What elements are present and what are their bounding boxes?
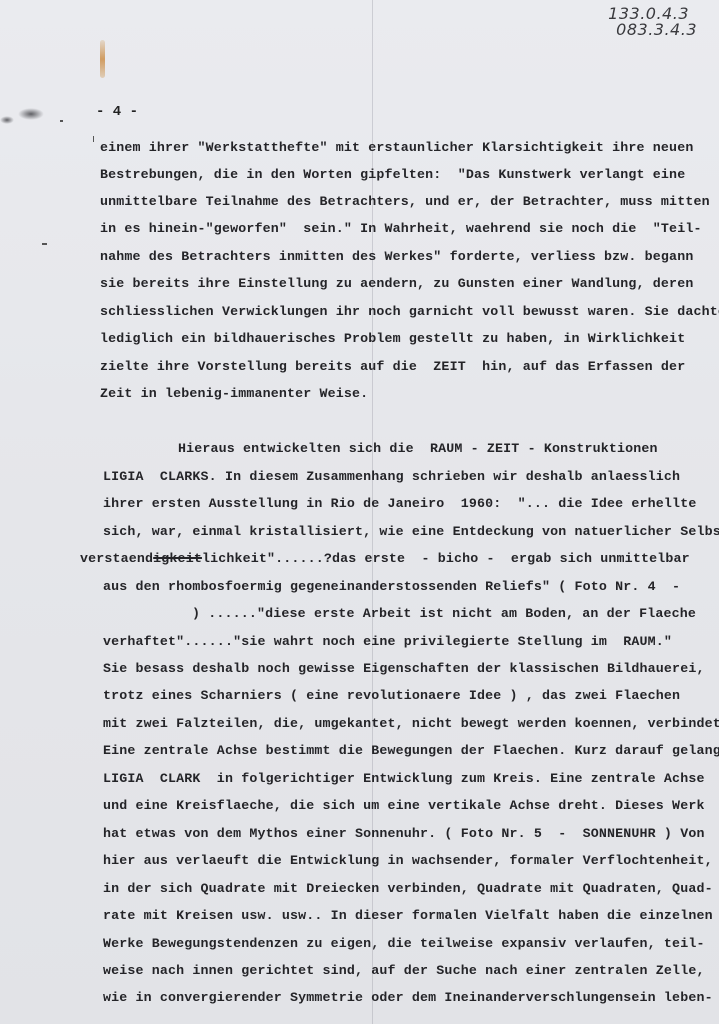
text-line: sie bereits ihre Einstellung zu aendern,…: [100, 276, 693, 291]
text-line: zielte ihre Vorstellung bereits auf die …: [100, 359, 685, 374]
text-line: hat etwas von dem Mythos einer Sonnenuhr…: [103, 826, 705, 841]
text-segment: lichkeit"......?das erste - bicho - erga…: [202, 551, 690, 566]
text-line: ihrer ersten Ausstellung in Rio de Janei…: [103, 496, 696, 511]
text-line: und eine Kreisflaeche, die sich um eine …: [103, 798, 705, 813]
text-line: sich, war, einmal kristallisiert, wie ei…: [103, 524, 719, 539]
speck: [60, 120, 63, 122]
text-line: aus den rhombosfoermig gegeneinanderstos…: [103, 579, 680, 594]
text-line: Eine zentrale Achse bestimmt die Bewegun…: [103, 743, 719, 758]
text-line: LIGIA CLARK in folgerichtiger Entwicklun…: [103, 771, 705, 786]
text-line: Zeit in lebenig-immanenter Weise.: [100, 386, 368, 401]
rust-stain: [100, 40, 105, 78]
document-page: 133.0.4.3 083.3.4.3 - 4 - einem ihrer "W…: [0, 0, 719, 1024]
page-number: - 4 -: [96, 104, 138, 120]
text-line: ) ......"diese erste Arbeit ist nicht am…: [192, 606, 696, 621]
ink-smudge: [18, 108, 44, 120]
text-line: schliesslichen Verwicklungen ihr noch ga…: [100, 304, 719, 319]
text-line: Bestrebungen, die in den Worten gipfelte…: [100, 167, 685, 182]
text-line: nahme des Betrachters inmitten des Werke…: [100, 249, 693, 264]
speck: [93, 136, 94, 142]
text-line: wie in convergierender Symmetrie oder de…: [103, 990, 713, 1005]
text-line: LIGIA CLARKS. In diesem Zusammenhang sch…: [103, 469, 680, 484]
text-line: verstaendigkeitlichkeit"......?das erste…: [80, 551, 690, 566]
text-line: in der sich Quadrate mit Dreiecken verbi…: [103, 881, 713, 896]
text-line: weise nach innen gerichtet sind, auf der…: [103, 963, 705, 978]
text-line: Hieraus entwickelten sich die RAUM - ZEI…: [178, 441, 658, 456]
text-line: verhaftet"......"sie wahrt noch eine pri…: [103, 634, 672, 649]
text-line: Sie besass deshalb noch gewisse Eigensch…: [103, 661, 705, 676]
ink-smudge: [0, 116, 14, 124]
struck-text: igkeit: [153, 551, 202, 566]
text-line: hier aus verlaeuft die Entwicklung in wa…: [103, 853, 713, 868]
speck: [42, 243, 47, 245]
text-segment: verstaend: [80, 551, 153, 566]
text-line: Werke Bewegungstendenzen zu eigen, die t…: [103, 936, 705, 951]
archive-number-2: 083.3.4.3: [616, 20, 697, 39]
text-line: einem ihrer "Werkstatthefte" mit erstaun…: [100, 140, 693, 155]
text-line: mit zwei Falzteilen, die, umgekantet, ni…: [103, 716, 719, 731]
text-line: lediglich ein bildhauerisches Problem ge…: [100, 331, 685, 346]
text-line: in es hinein-"geworfen" sein." In Wahrhe…: [100, 221, 702, 236]
text-line: trotz eines Scharniers ( eine revolution…: [103, 688, 680, 703]
text-line: rate mit Kreisen usw. usw.. In dieser fo…: [103, 908, 713, 923]
text-line: unmittelbare Teilnahme des Betrachters, …: [100, 194, 710, 209]
